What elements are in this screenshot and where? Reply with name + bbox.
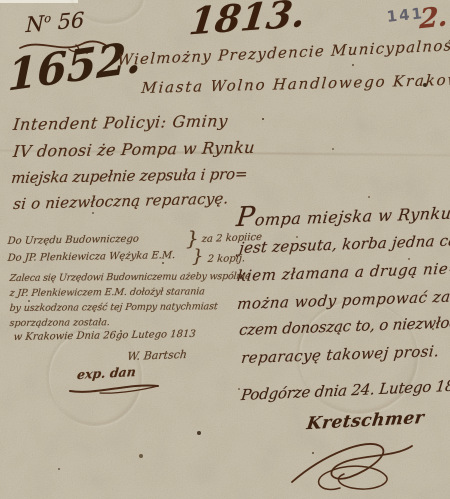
official-signature: Kretschmer	[305, 410, 425, 434]
paper-edge-highlight	[0, 0, 78, 3]
salutation-line-1: Wielmożny Prezydencie Municypalności	[117, 38, 450, 69]
manuscript-page: No 56 1652. 1813. 141 2. Wielmożny Prezy…	[0, 0, 450, 499]
registry-prefix: N	[26, 11, 45, 37]
disposition-addressee-1: Do Urzędu Budowniczego	[7, 235, 139, 248]
disposition-addressee-2: Do JP. Plenkiewicza Wężyka E.M.	[7, 251, 176, 264]
reply-line-1: Pompa miejska w Rynku	[235, 196, 450, 232]
reply-line-6: reparacyę takowej prosi.	[240, 344, 440, 367]
registry-value: 56	[57, 8, 84, 34]
exp-underline-flourish-icon	[66, 381, 166, 397]
disposition-line-3: by uszkodzona część tej Pompy natychmias…	[9, 302, 218, 314]
disposition-line-2: z JP. Plenkiewiczem E.M. dołożył starani…	[9, 287, 205, 299]
reply-line-5: czem donosząc to, o niezwłoczną	[238, 314, 450, 338]
registry-sup: o	[44, 11, 51, 26]
page-number: 2.	[419, 3, 448, 35]
year-heading: 1813.	[187, 0, 307, 41]
reply-line-2: jest zepsuta, korba jedna cał=	[238, 233, 450, 257]
signature-paraph-icon	[282, 436, 432, 494]
disposition-line-4: sporządzona została.	[9, 318, 110, 329]
expedition-note: exp. dan	[76, 365, 136, 381]
registry-number: No 56	[26, 9, 85, 36]
reply-line-4: można wody pompować za=	[236, 289, 450, 313]
brace-icon: }	[192, 248, 203, 267]
disposition-line-1: Zaleca się Urzędowi Budowniczemu ażeby w…	[9, 272, 251, 284]
disposition-dateline: w Krakowie Dnia 26go Lutego 1813	[13, 330, 196, 344]
reply-dateline: Podgórze dnia 24. Lutego 1813.	[240, 378, 450, 404]
report-line-1: Intendent Policyi: Gminy	[12, 113, 229, 134]
report-line-3: miejska zupełnie zepsuła i pro=	[10, 167, 248, 187]
report-line-4: si o niezwłoczną reparacyę.	[12, 191, 229, 212]
reply-line-3: kiem złamana a drugą nie=	[236, 261, 450, 285]
clerk-signature: W. Bartsch	[127, 349, 188, 363]
report-line-2: IV donosi że Pompa w Rynku	[12, 140, 255, 161]
salutation-line-2: Miasta Wolno Handlowego Krakowa!	[141, 72, 450, 97]
